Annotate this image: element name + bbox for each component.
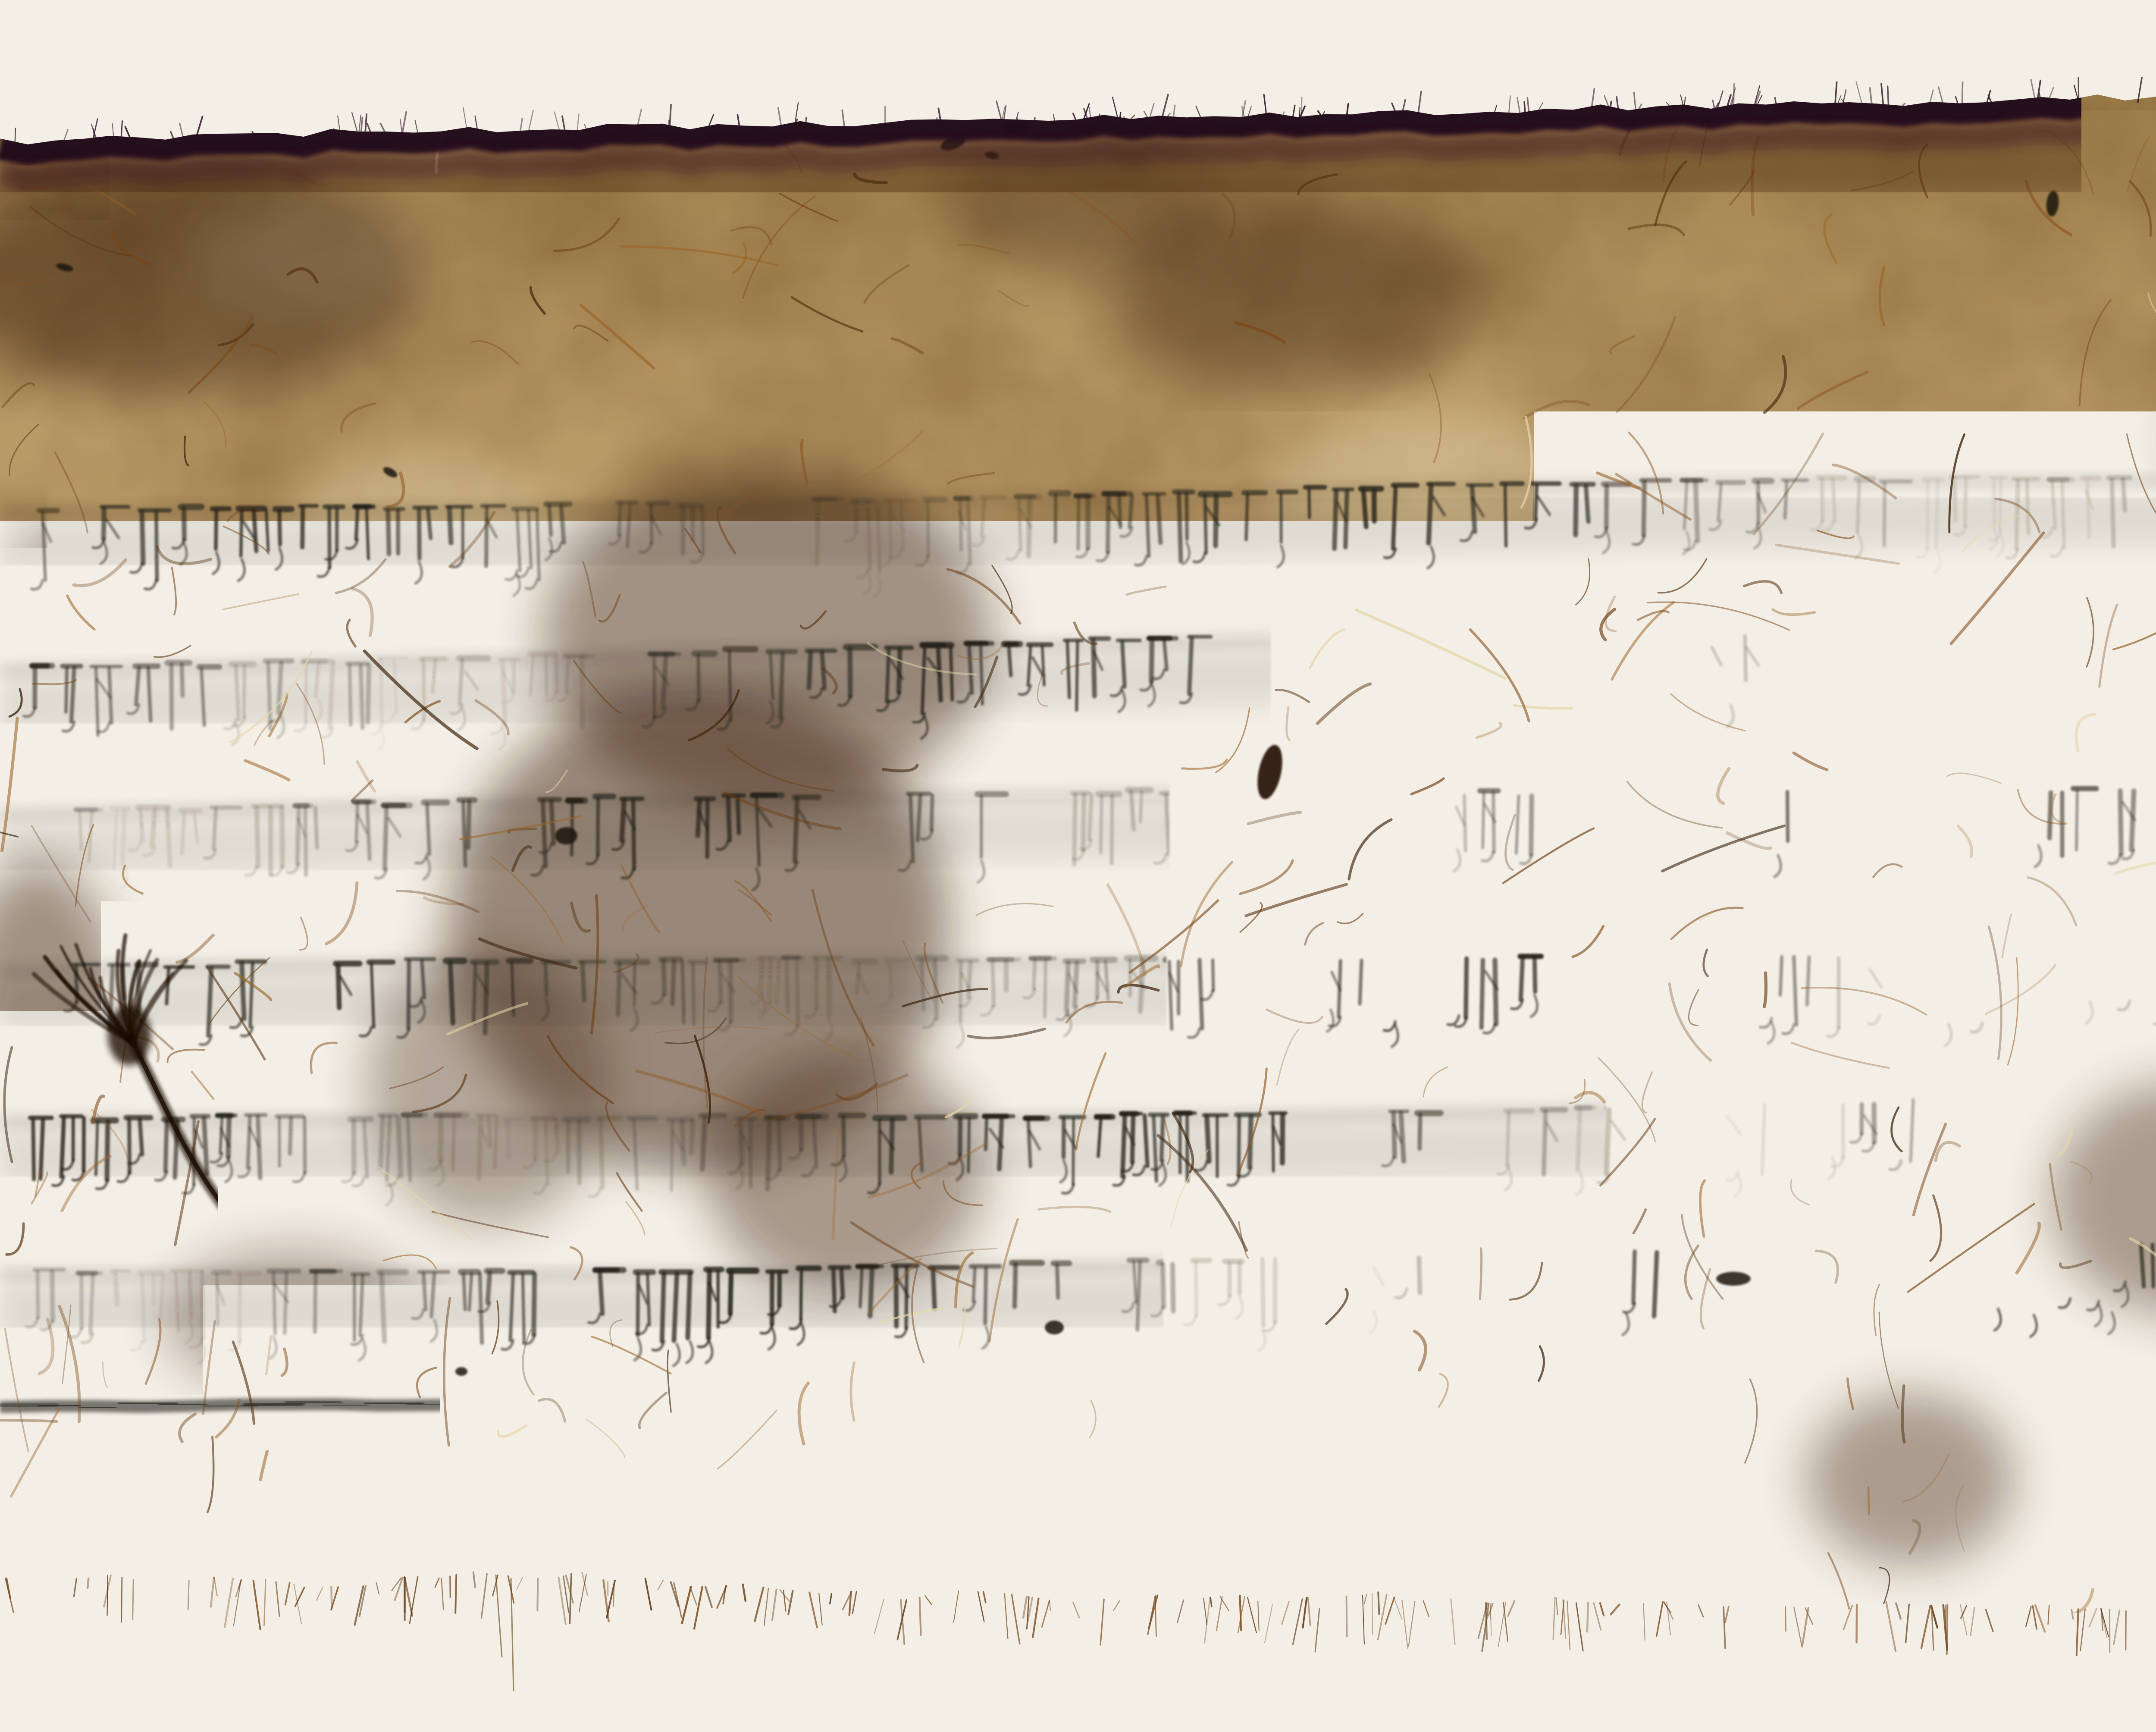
paper-grain-texture (0, 0, 2156, 1732)
photo-stage (0, 0, 2156, 1732)
manuscript-photograph (0, 0, 2156, 1732)
paper-leaf (0, 0, 2156, 1732)
